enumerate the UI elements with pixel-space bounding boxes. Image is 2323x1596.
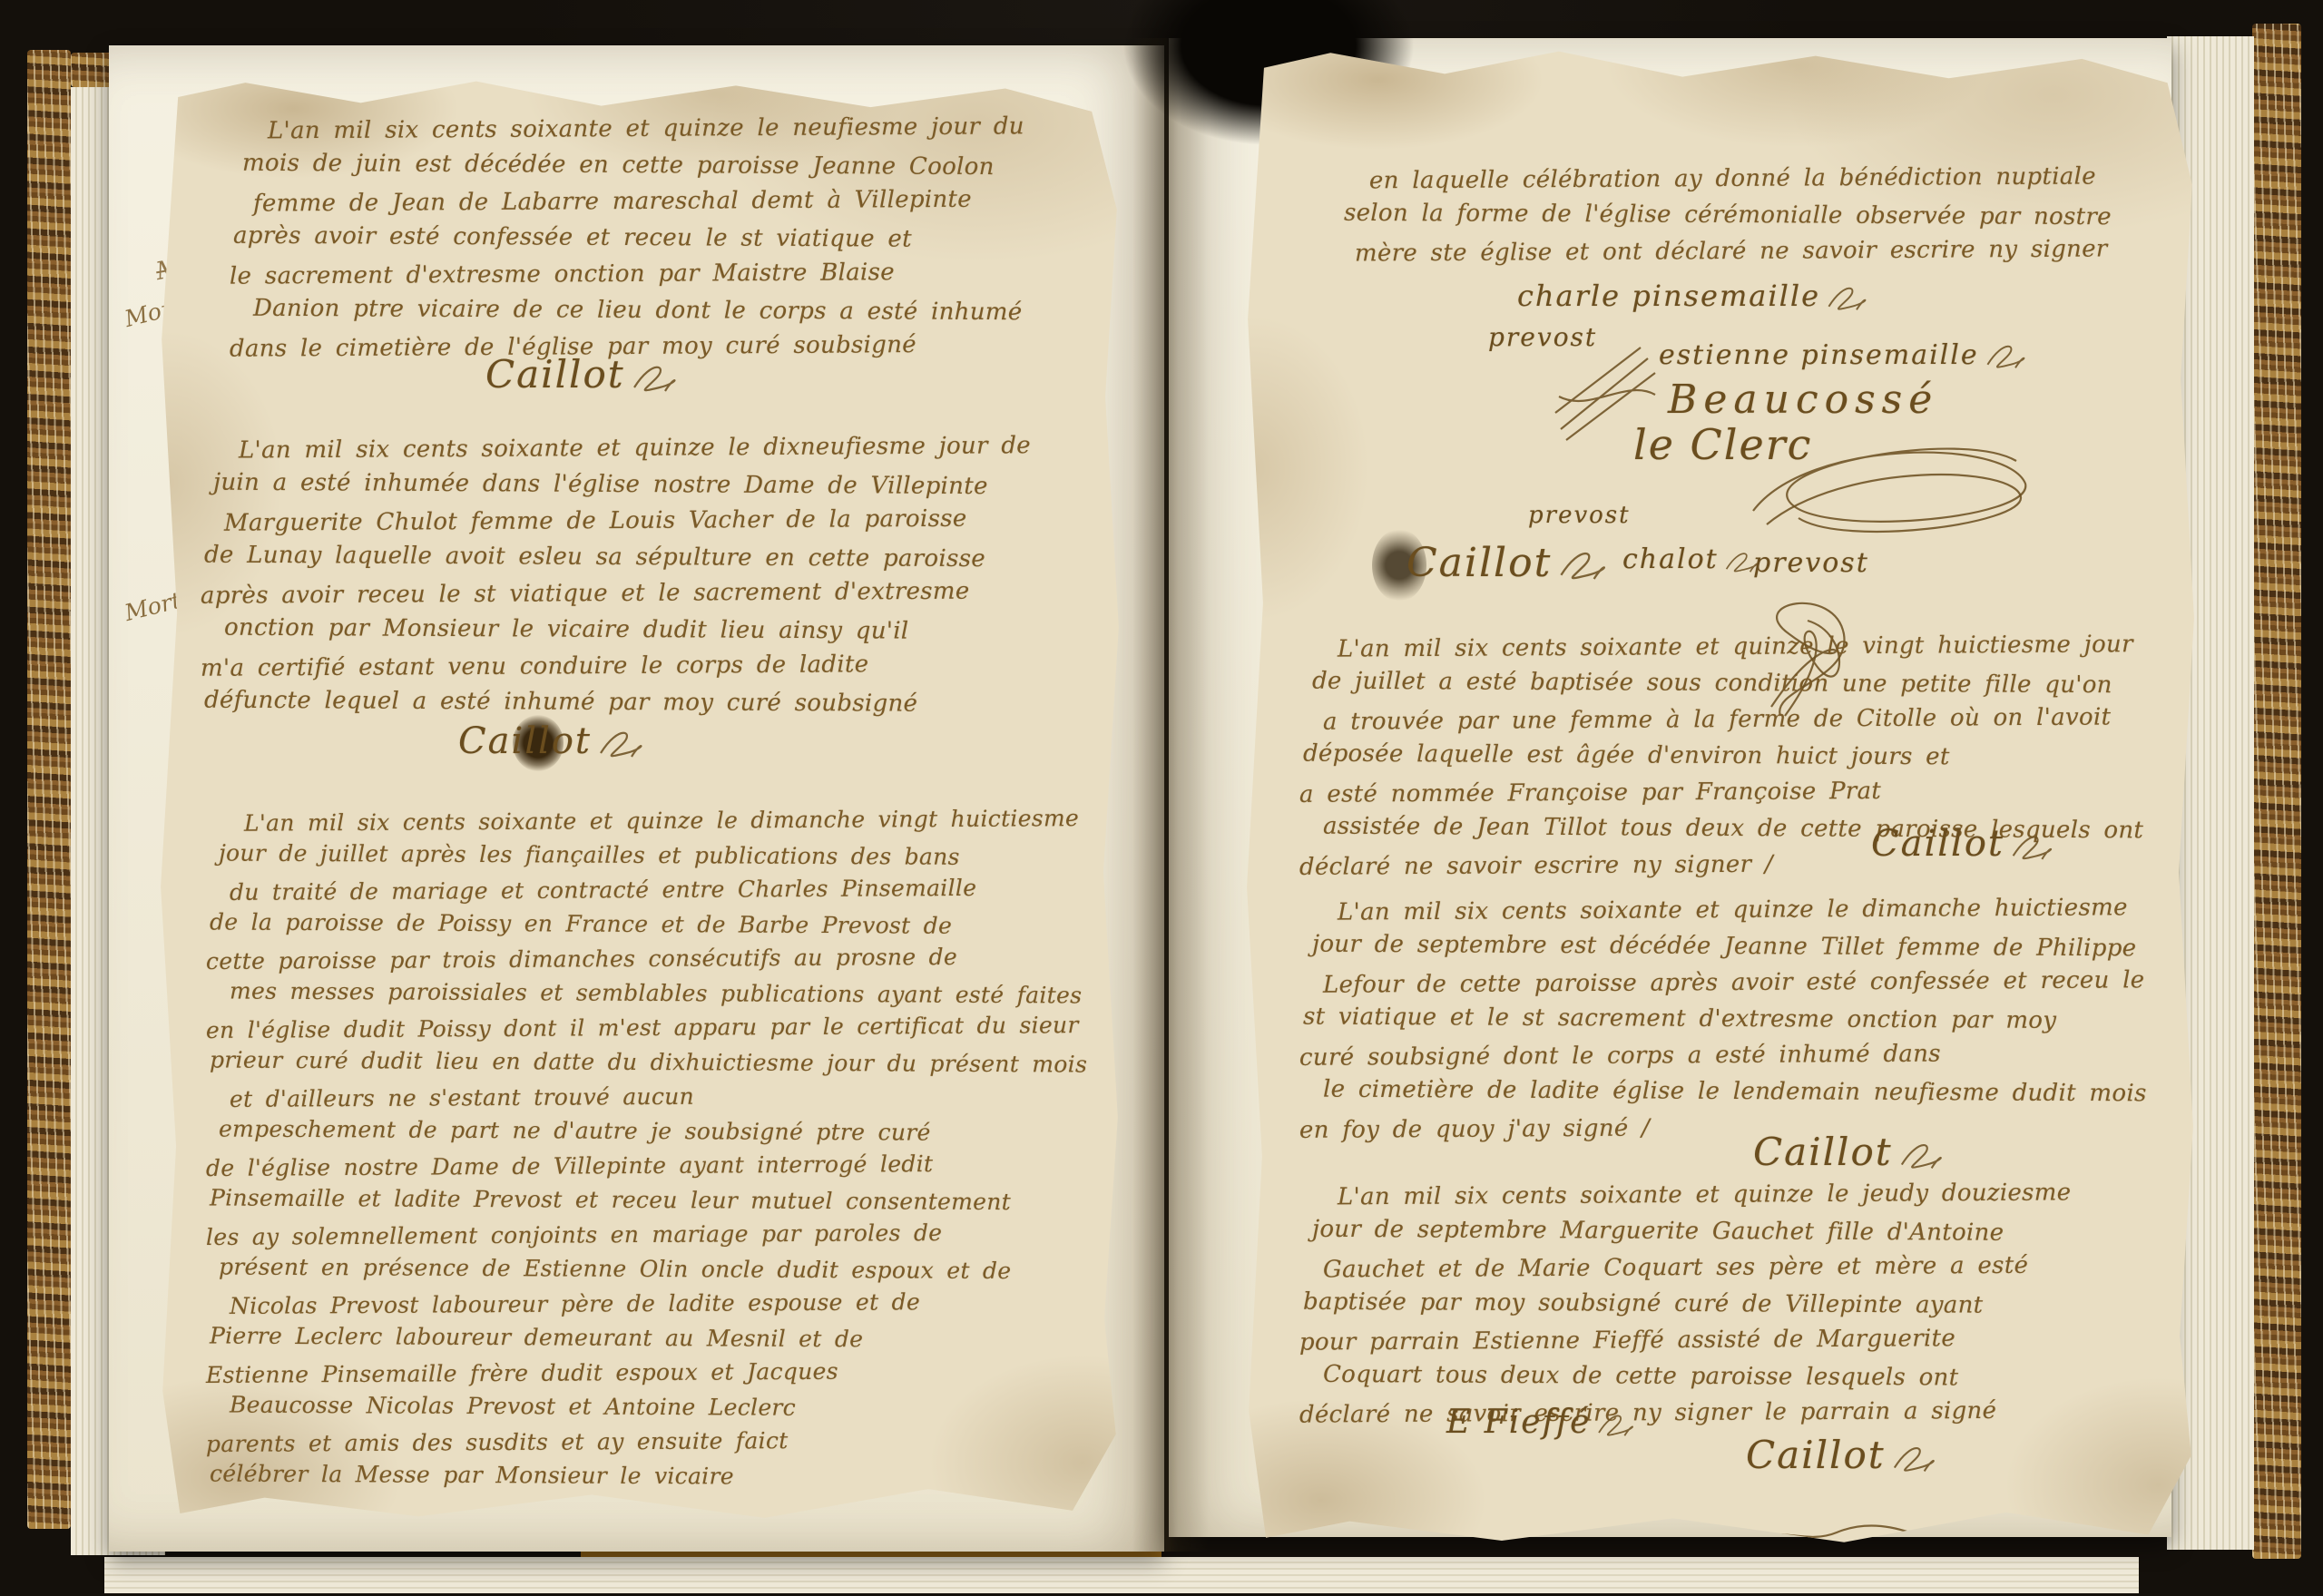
manuscript-line: mère ste église et ont déclaré ne savoir… <box>1355 230 2112 271</box>
manuscript-line: Lefour de cette paroisse après avoir est… <box>1323 962 2147 1004</box>
marriage-record-text: L'an mil six cents soixante et quinze le… <box>206 804 1087 1493</box>
manuscript-line: Danion ptre vicaire de ce lieu dont le c… <box>253 290 1024 330</box>
signature-e-fieffe: E Fieffé <box>1446 1404 1640 1442</box>
manuscript-line: L'an mil six cents soixante et quinze le… <box>201 427 1031 469</box>
manuscript-line: après avoir esté confessée et receu le s… <box>233 218 1024 259</box>
gutter-shadow <box>1132 38 1209 1552</box>
signature-caillot-left-2: Caillot <box>458 720 650 762</box>
signature-estienne-pinsemaille: estienne pinsemaille <box>1659 337 2032 373</box>
manuscript-line: après avoir receu le st viatique et le s… <box>201 573 1031 614</box>
manuscript-line: jour de juillet après les fiançailles et… <box>219 836 1087 875</box>
manuscript-line: de Lunay laquelle avoit esleu sa sépultu… <box>204 537 1031 578</box>
signature-prevost-2: prevost <box>1528 502 1631 529</box>
manuscript-line: Marguerite Chulot femme de Louis Vacher … <box>224 500 1031 541</box>
manuscript-line: cette paroisse par trois dimanches consé… <box>206 939 1087 979</box>
manuscript-line: les ay solemnellement conjoints en maria… <box>206 1215 1087 1255</box>
manuscript-line: pour parrain Estienne Fieffé assisté de … <box>1299 1319 2072 1360</box>
paraph-flourish-icon <box>595 722 650 762</box>
signature-chalot: chalot <box>1622 543 1764 577</box>
paraph-flourish-icon <box>1594 1405 1640 1442</box>
manuscript-line: de la paroisse de Poissy en France et de… <box>210 905 1087 944</box>
paraph-flourish-icon <box>2008 827 2059 865</box>
right-manuscript-sheet: en laquelle célébration ay donné la béné… <box>1245 50 2196 1545</box>
page-edges-bottom <box>104 1557 2139 1593</box>
manuscript-line: de juillet a esté baptisée sous conditio… <box>1312 663 2143 704</box>
burial-record-1-text: L'an mil six cents soixante et quinze le… <box>230 111 1024 365</box>
manuscript-line: présent en présence de Estienne Olin onc… <box>219 1249 1087 1288</box>
manuscript-line: Gauchet et de Marie Coquart ses père et … <box>1323 1247 2072 1288</box>
manuscript-line: célébrer la Messe par Monsieur le vicair… <box>210 1456 1087 1495</box>
manuscript-line: baptisée par moy soubsigné curé de Ville… <box>1303 1284 2072 1324</box>
manuscript-line: et d'ailleurs ne s'estant trouvé aucun <box>230 1077 1087 1117</box>
large-loop-flourish-icon <box>1735 411 2044 547</box>
manuscript-line: onction par Monsieur le vicaire dudit li… <box>224 610 1031 651</box>
signature-caillot-baptism-1: Caillot <box>1871 823 2059 865</box>
signature-caillot-burial-3: Caillot <box>1753 1130 1949 1174</box>
manuscript-line: L'an mil six cents soixante et quinze le… <box>206 801 1087 841</box>
manuscript-line: selon la forme de l'église cérémonialle … <box>1344 195 2112 235</box>
signature-charle-pinsemaille: charle pinsemaille <box>1517 279 1873 315</box>
manuscript-line: déclaré ne savoir escrire ny signer le p… <box>1299 1392 2072 1433</box>
manuscript-line: mes messes paroissiales et semblables pu… <box>230 974 1087 1013</box>
manuscript-line: Estienne Pinsemaille frère dudit espoux … <box>206 1353 1087 1393</box>
signature-caillot-left-1: Caillot <box>485 352 683 397</box>
manuscript-line: Coquart tous deux de cette paroisse lesq… <box>1323 1356 2072 1396</box>
manuscript-line: en laquelle célébration ay donné la béné… <box>1331 158 2112 199</box>
manuscript-line: en l'église dudit Poissy dont il m'est a… <box>206 1008 1087 1048</box>
baptism-record-2-text: L'an mil six cents soixante et quinze le… <box>1299 1177 2071 1431</box>
marbled-cover-left <box>27 50 71 1529</box>
manuscript-line: mois de juin est décédée en cette parois… <box>242 145 1024 186</box>
manuscript-line: du traité de mariage et contracté entre … <box>230 870 1087 910</box>
burial-record-2-text: L'an mil six cents soixante et quinze le… <box>201 430 1031 720</box>
burial-record-3-text: L'an mil six cents soixante et quinze le… <box>1299 892 2147 1146</box>
manuscript-line: Pinsemaille et ladite Prevost et receu l… <box>210 1180 1087 1219</box>
manuscript-line: st viatique et le st sacrement d'extresm… <box>1303 999 2147 1040</box>
marriage-continuation-text: en laquelle célébration ay donné la béné… <box>1331 161 2112 269</box>
signature-prevost-3: prevost <box>1753 547 1869 579</box>
manuscript-line: prieur curé dudit lieu en datte du dixhu… <box>210 1043 1087 1082</box>
signature-caillot-cluster: Caillot <box>1407 540 1613 586</box>
manuscript-line: jour de septembre Marguerite Gauchet fil… <box>1312 1211 2072 1251</box>
manuscript-line: L'an mil six cents soixante et quinze le… <box>1299 626 2143 668</box>
manuscript-line: le cimetière de ladite église le lendema… <box>1323 1072 2147 1112</box>
manuscript-line: jour de septembre est décédée Jeanne Til… <box>1312 926 2147 967</box>
manuscript-line: de l'église nostre Dame de Villepinte ay… <box>206 1146 1087 1186</box>
manuscript-line: le sacrement d'extresme onction par Mais… <box>230 253 1024 294</box>
manuscript-line: femme de Jean de Labarre mareschal demt … <box>253 181 1024 221</box>
paraph-flourish-icon <box>1889 1437 1942 1477</box>
manuscript-line: L'an mil six cents soixante et quinze le… <box>1299 1174 2072 1215</box>
manuscript-line: a trouvée par une femme à la ferme de Ci… <box>1323 699 2143 740</box>
marbled-cover-right <box>2252 24 2301 1559</box>
paraph-flourish-icon <box>1983 337 2032 373</box>
signature-caillot-baptism-2: Caillot <box>1746 1433 1942 1477</box>
manuscript-line: Nicolas Prevost laboureur père de ladite… <box>230 1284 1087 1324</box>
manuscript-line: défuncte lequel a esté inhumé par moy cu… <box>204 682 1031 723</box>
manuscript-line: juin a esté inhumée dans l'église nostre… <box>213 465 1031 505</box>
manuscript-line: L'an mil six cents soixante et quinze le… <box>230 108 1024 149</box>
manuscript-line: a esté nommée Françoise par Françoise Pr… <box>1299 771 2143 813</box>
manuscript-line: m'a certifié estant venu conduire le cor… <box>201 645 1031 687</box>
paraph-flourish-icon <box>1897 1134 1949 1174</box>
manuscript-line: Pierre Leclerc laboureur demeurant au Me… <box>210 1318 1087 1357</box>
open-register-photograph: M Mortuaire Mortuaire Mariage 3 3e feuil… <box>0 0 2323 1596</box>
manuscript-line: curé soubsigné dont le corps a esté inhu… <box>1299 1034 2147 1076</box>
manuscript-line: empeschement de part ne d'autre je soubs… <box>219 1111 1087 1150</box>
left-manuscript-sheet: L'an mil six cents soixante et quinze le… <box>159 80 1121 1521</box>
paraph-flourish-icon <box>629 357 683 397</box>
manuscript-line: parents et amis des susdits et ay ensuit… <box>206 1422 1087 1462</box>
manuscript-line: Beaucosse Nicolas Prevost et Antoine Lec… <box>230 1388 1087 1427</box>
paraph-flourish-icon <box>1555 542 1613 585</box>
manuscript-line: déposée laquelle est âgée d'environ huic… <box>1303 736 2143 777</box>
manuscript-line: L'an mil six cents soixante et quinze le… <box>1299 889 2147 931</box>
paraph-flourish-icon <box>1824 279 1873 315</box>
manuscript-line: en foy de quoy j'ay signé / <box>1299 1107 2147 1149</box>
